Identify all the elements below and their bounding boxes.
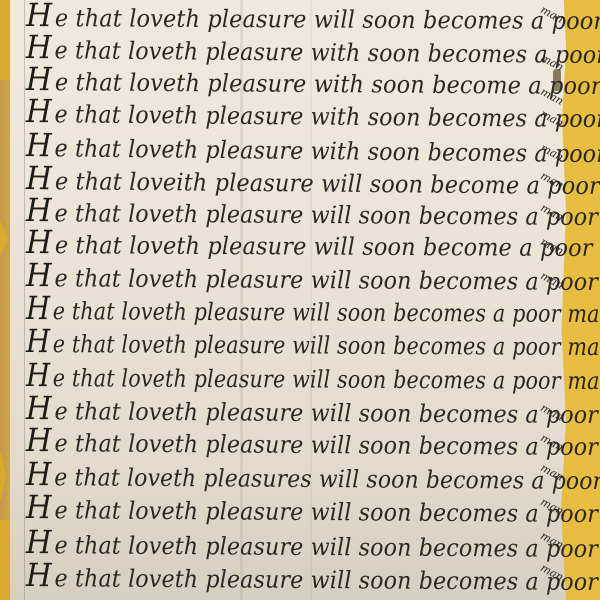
line-capital: H bbox=[26, 556, 52, 594]
line-capital: H bbox=[26, 488, 52, 526]
handwritten-line: He that loveth pleasure will soon become… bbox=[26, 556, 598, 598]
line-capital: H bbox=[26, 322, 50, 360]
margin-line bbox=[24, 0, 25, 600]
line-capital: H bbox=[26, 92, 52, 130]
line-text: e that loveth pleasure will soon becomes… bbox=[55, 564, 599, 596]
line-capital: H bbox=[26, 421, 52, 459]
